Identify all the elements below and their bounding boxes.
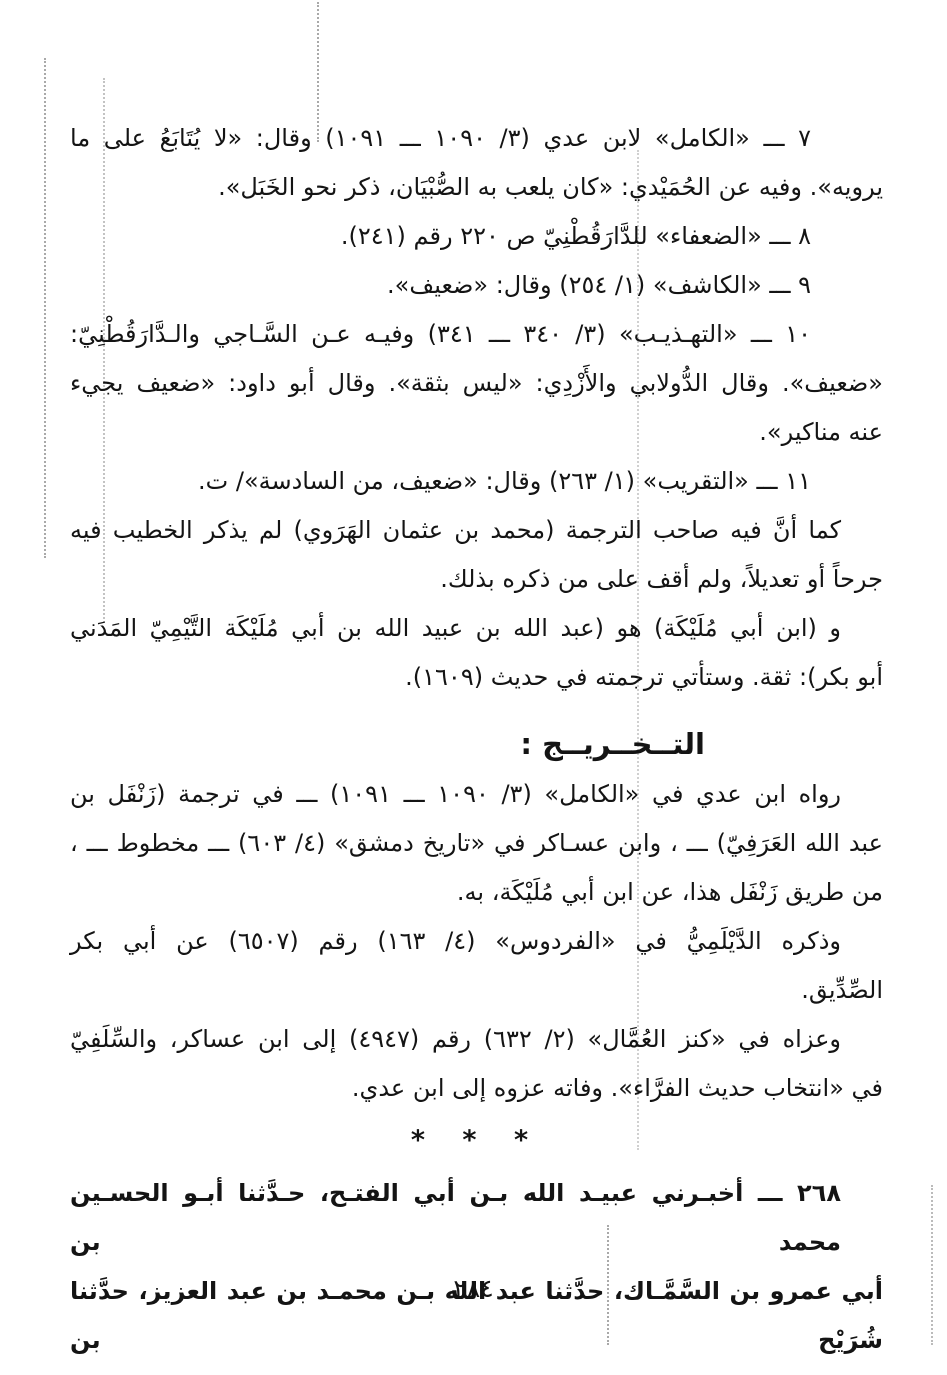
- page-number: ٢٨٤: [0, 1274, 947, 1303]
- footnote-7-line-1: ٧ ـــ «الكامل» لابن عدي (٣/ ١٠٩٠ ـــ ١٠٩…: [70, 114, 883, 163]
- commentary-2-line-1: و (ابن أبي مُلَيْكَة) هو (عبد الله بن عب…: [70, 604, 883, 653]
- page-body: ٧ ـــ «الكامل» لابن عدي (٣/ ١٠٩٠ ـــ ١٠٩…: [70, 114, 883, 1365]
- commentary-1-line-1: كما أنَّ فيه صاحب الترجمة (محمد بن عثمان…: [70, 506, 883, 555]
- takhrij-1-line-3: من طريق زَنْفَل هذا، عن ابن أبي مُلَيْكَ…: [70, 868, 883, 917]
- footnote-10-line-1: ١٠ ـــ «التهـذيـب» (٣/ ٣٤٠ ـــ ٣٤١) وفيـ…: [70, 310, 883, 359]
- takhrij-2-line-1: وذكره الدَّيْلَمِيُّ في «الفردوس» (٤/ ١٦…: [70, 917, 883, 966]
- takhrij-3-line-2: في «انتخاب حديث الفرَّاء». وفاته عزوه إل…: [70, 1064, 883, 1113]
- hadith-268-line-1: ٢٦٨ ـــ أخبـرني عبيـد الله بـن أبي الفتـ…: [70, 1169, 883, 1267]
- scan-artifact: [44, 58, 46, 558]
- commentary-2-line-2: أبو بكر): ثقة. وستأتي ترجمته في حديث (١٦…: [70, 653, 883, 702]
- footnote-10-line-3: عنه مناكير».: [70, 408, 883, 457]
- takhrij-3-line-1: وعزاه في «كنز العُمَّال» (٢/ ٦٣٢) رقم (٤…: [70, 1015, 883, 1064]
- takhrij-1-line-1: رواه ابن عدي في «الكامل» (٣/ ١٠٩٠ ـــ ١٠…: [70, 770, 883, 819]
- takhrij-1-line-2: عبد الله العَرَفِيّ) ـــ ، وابن عسـاكر ف…: [70, 819, 883, 868]
- footnote-9-line-1: ٩ ـــ «الكاشف» (١/ ٢٥٤) وقال: «ضعيف».: [70, 261, 883, 310]
- takhrij-section-heading: التــخــريــج :: [70, 718, 705, 770]
- commentary-1-line-2: جرحاً أو تعديلاً، ولم أقف على من ذكره بذ…: [70, 555, 883, 604]
- footnote-7-line-2: يرويه». وفيه عن الحُمَيْدي: «كان يلعب به…: [70, 163, 883, 212]
- footnote-11-line-1: ١١ ـــ «التقريب» (١/ ٢٦٣) وقال: «ضعيف، م…: [70, 457, 883, 506]
- footnote-8-line-1: ٨ ـــ «الضعفاء» للدَّارَقُطْنِيّ ص ٢٢٠ ر…: [70, 212, 883, 261]
- takhrij-2-line-2: الصِّدِّيق.: [70, 966, 883, 1015]
- footnote-10-line-2: «ضعيف». وقال الدُّولابي والأَزْدِي: «ليس…: [70, 359, 883, 408]
- book-page: ٧ ـــ «الكامل» لابن عدي (٣/ ١٠٩٠ ـــ ١٠٩…: [0, 0, 947, 1375]
- asterisk-separator: * * *: [70, 1118, 883, 1164]
- scan-artifact: [931, 1185, 933, 1345]
